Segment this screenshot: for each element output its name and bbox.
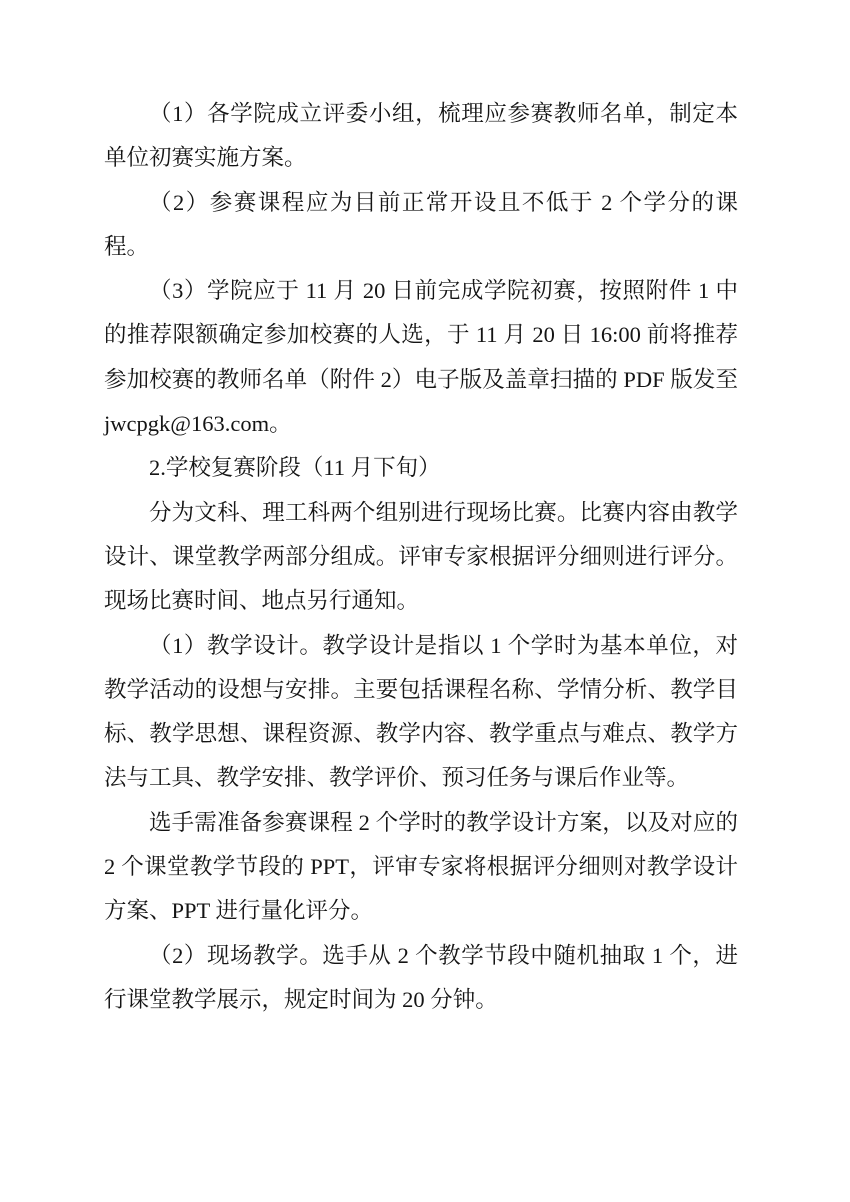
paragraph-item-3: （3）学院应于 11 月 20 日前完成学院初赛，按照附件 1 中的推荐限额确定…: [104, 269, 738, 446]
paragraph-heading-stage-2: 2.学校复赛阶段（11 月下旬）: [104, 446, 738, 490]
paragraph-live-teaching: （2）现场教学。选手从 2 个教学节段中随机抽取 1 个，进行课堂教学展示，规定…: [104, 934, 738, 1023]
paragraph-item-1: （1）各学院成立评委小组，梳理应参赛教师名单，制定本单位初赛实施方案。: [104, 92, 738, 181]
paragraph-contestant-requirements: 选手需准备参赛课程 2 个学时的教学设计方案，以及对应的 2 个课堂教学节段的 …: [104, 801, 738, 934]
paragraph-stage-2-intro: 分为文科、理工科两个组别进行现场比赛。比赛内容由教学设计、课堂教学两部分组成。评…: [104, 491, 738, 624]
document-page: （1）各学院成立评委小组，梳理应参赛教师名单，制定本单位初赛实施方案。 （2）参…: [0, 0, 850, 1202]
document-body: （1）各学院成立评委小组，梳理应参赛教师名单，制定本单位初赛实施方案。 （2）参…: [104, 92, 738, 1022]
paragraph-teaching-design: （1）教学设计。教学设计是指以 1 个学时为基本单位，对教学活动的设想与安排。主…: [104, 624, 738, 801]
paragraph-item-2: （2）参赛课程应为目前正常开设且不低于 2 个学分的课程。: [104, 181, 738, 270]
